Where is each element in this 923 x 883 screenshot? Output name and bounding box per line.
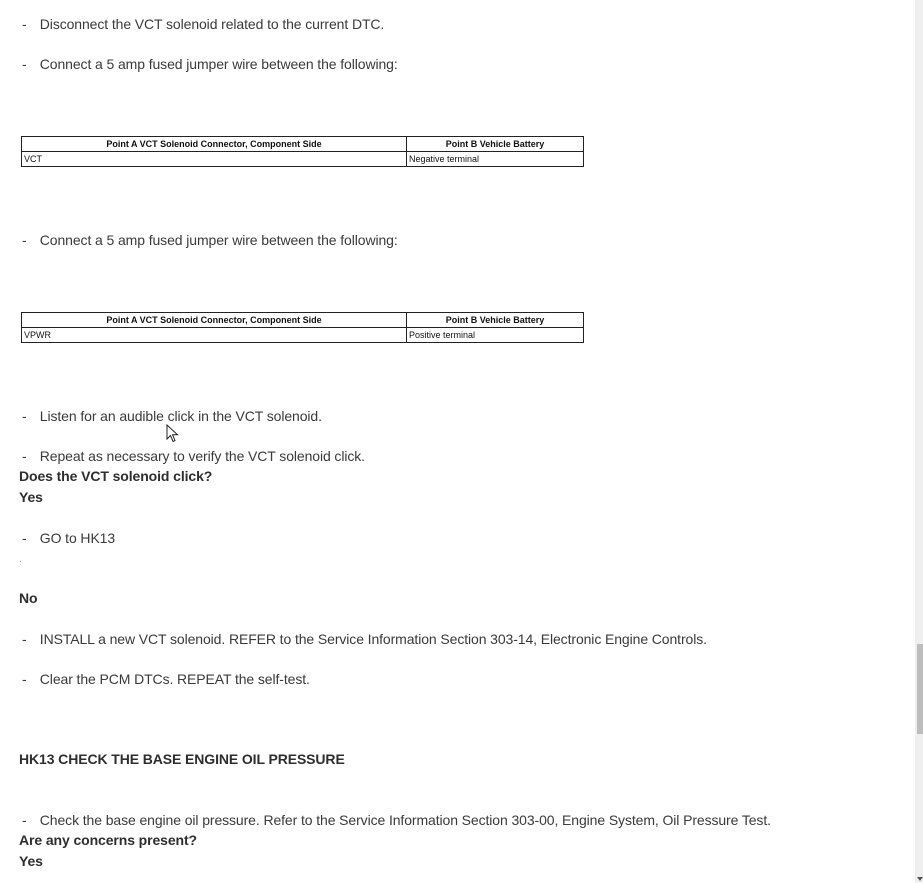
section-heading-hk13: HK13 CHECK THE BASE ENGINE OIL PRESSURE xyxy=(19,751,345,767)
cell-point-b: Positive terminal xyxy=(407,328,584,343)
jumper-table-2: Point A VCT Solenoid Connector, Componen… xyxy=(21,312,584,343)
yes-action-goto-hk13: - GO to HK13 xyxy=(19,530,115,546)
step-text: Repeat as necessary to verify the VCT so… xyxy=(40,448,365,464)
scrollbar-thumb[interactable] xyxy=(917,644,923,734)
step-text: Connect a 5 amp fused jumper wire betwee… xyxy=(40,232,398,248)
separator-dot: . xyxy=(19,554,22,565)
vertical-scrollbar[interactable] xyxy=(915,0,923,883)
question-concerns-present: Are any concerns present? xyxy=(19,832,197,848)
jumper-table-1: Point A VCT Solenoid Connector, Componen… xyxy=(21,136,584,167)
question-solenoid-click: Does the VCT solenoid click? xyxy=(19,468,212,484)
no-action-install: - INSTALL a new VCT solenoid. REFER to t… xyxy=(19,631,707,647)
answer-yes-label: Yes xyxy=(19,489,43,505)
step-text: Connect a 5 amp fused jumper wire betwee… xyxy=(40,56,398,72)
step-text: Check the base engine oil pressure. Refe… xyxy=(40,812,771,828)
step-connect-1: - Connect a 5 amp fused jumper wire betw… xyxy=(19,56,398,72)
step-text: Listen for an audible click in the VCT s… xyxy=(40,408,322,424)
column-header-point-a: Point A VCT Solenoid Connector, Componen… xyxy=(22,313,407,328)
cell-point-b: Negative terminal xyxy=(407,152,584,167)
table-header-row: Point A VCT Solenoid Connector, Componen… xyxy=(22,137,584,152)
column-header-point-a: Point A VCT Solenoid Connector, Componen… xyxy=(22,137,407,152)
cell-point-a: VCT xyxy=(22,152,407,167)
bullet-dash: - xyxy=(19,408,36,424)
table-row: VPWR Positive terminal xyxy=(22,328,584,343)
no-action-clear-dtcs: - Clear the PCM DTCs. REPEAT the self-te… xyxy=(19,671,310,687)
column-header-point-b: Point B Vehicle Battery xyxy=(407,137,584,152)
bullet-dash: - xyxy=(19,16,36,32)
bullet-dash: - xyxy=(19,448,36,464)
bullet-dash: - xyxy=(19,631,36,647)
step-text: Disconnect the VCT solenoid related to t… xyxy=(40,16,384,32)
answer-yes-label-hk13: Yes xyxy=(19,853,43,869)
action-text: GO to HK13 xyxy=(40,530,115,546)
scroll-down-arrow-icon[interactable] xyxy=(917,877,923,881)
bullet-dash: - xyxy=(19,232,36,248)
step-listen: - Listen for an audible click in the VCT… xyxy=(19,408,322,424)
procedure-document: - Disconnect the VCT solenoid related to… xyxy=(0,0,915,883)
bullet-dash: - xyxy=(19,56,36,72)
step-disconnect: - Disconnect the VCT solenoid related to… xyxy=(19,16,384,32)
step-connect-2: - Connect a 5 amp fused jumper wire betw… xyxy=(19,232,398,248)
column-header-point-b: Point B Vehicle Battery xyxy=(407,313,584,328)
bullet-dash: - xyxy=(19,671,36,687)
step-check-oil-pressure: - Check the base engine oil pressure. Re… xyxy=(19,812,771,828)
table-header-row: Point A VCT Solenoid Connector, Componen… xyxy=(22,313,584,328)
mouse-pointer-icon xyxy=(166,424,180,444)
bullet-dash: - xyxy=(19,812,36,828)
table-row: VCT Negative terminal xyxy=(22,152,584,167)
answer-no-label: No xyxy=(19,590,37,606)
bullet-dash: - xyxy=(19,530,36,546)
step-repeat: - Repeat as necessary to verify the VCT … xyxy=(19,448,365,464)
cell-point-a: VPWR xyxy=(22,328,407,343)
action-text: Clear the PCM DTCs. REPEAT the self-test… xyxy=(40,671,310,687)
action-text: INSTALL a new VCT solenoid. REFER to the… xyxy=(40,631,707,647)
